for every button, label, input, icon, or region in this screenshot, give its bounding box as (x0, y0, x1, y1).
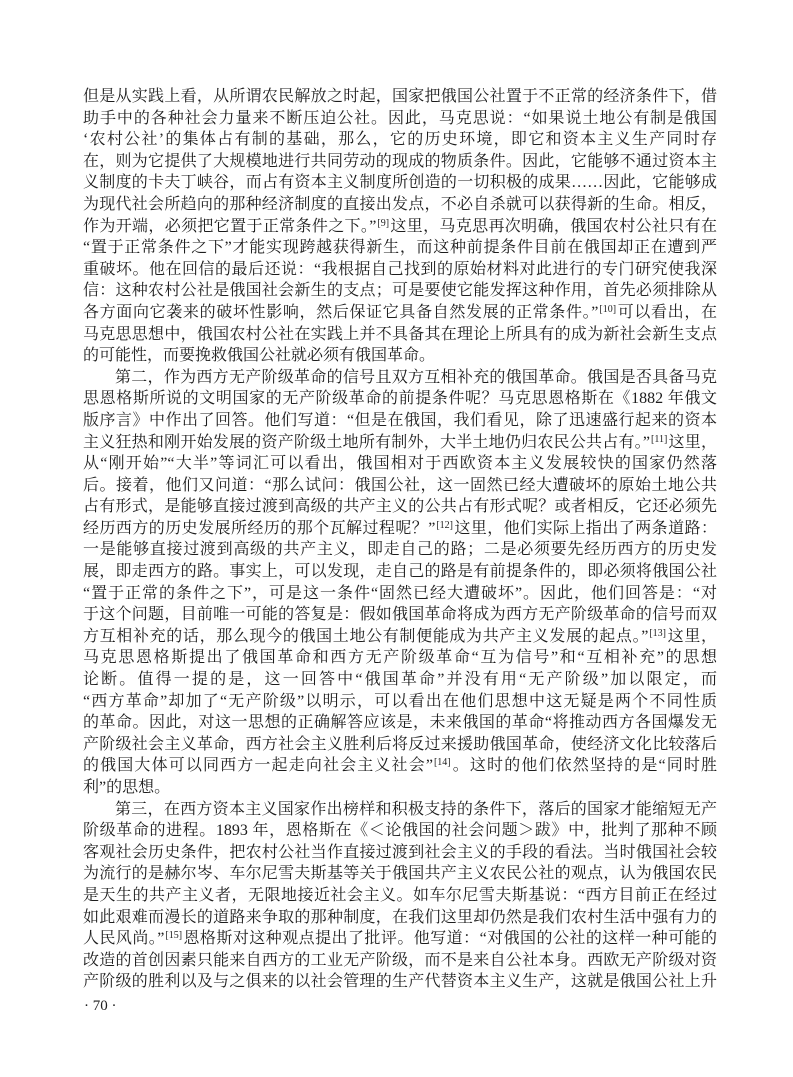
text-line: 占有形式，是能够直接过渡到高级的共产主义的公共占有形式呢？或者相反，它还必须先 (83, 496, 717, 518)
text-line: 信：这种农村公社是俄国社会新生的支点；可是要使它能发挥这种作用，首先必须排除从 (83, 280, 717, 302)
text-line: 如此艰难而漫长的道路来争取的那种制度，在我们这里却仍然是我们农村生活中强有力的 (83, 907, 717, 929)
text-line: 人民风尚。”[15]恩格斯对这种观点提出了批评。他写道：“对俄国的公社的这样一种… (83, 928, 717, 950)
text-line: 客观社会历史条件，把农村公社当作直接过渡到社会主义的手段的看法。当时俄国社会较 (83, 842, 717, 864)
footnote-ref: [13] (648, 628, 667, 639)
text-line: 马克思思想中，俄国农村公社在实践上并不具备其在理论上所具有的成为新社会新生支点 (83, 324, 717, 346)
text-line: 思恩格斯所说的文明国家的无产阶级革命的前提条件呢？马克思恩格斯在《1882 年俄… (83, 388, 717, 410)
text-line: 从“刚开始”“大半”等词汇可以看出，俄国相对于西欧资本主义发展较快的国家仍然落 (83, 453, 717, 475)
text-line: 但是从实践上看，从所谓农民解放之时起，国家把俄国公社置于不正常的经济条件下，借 (83, 86, 717, 108)
footnote-ref: [12] (435, 520, 454, 531)
text-line: 为流行的是赫尔岑、车尔尼雪夫斯基等关于俄国共产主义农民公社的观点，认为俄国农民 (83, 863, 717, 885)
document-page: 但是从实践上看，从所谓农民解放之时起，国家把俄国公社置于不正常的经济条件下，借助… (0, 0, 793, 1077)
footnote-ref: [15] (164, 930, 183, 941)
text-line: 主义狂热和刚开始发展的资产阶级土地所有制外，大半土地仍归农民公共占有。”[11]… (83, 432, 717, 454)
text-line: ‘农村公社’的集体占有制的基础，那么，它的历史环境，即它和资本主义生产同时存 (83, 129, 717, 151)
text-line: 为现代社会所趋向的那种经济制度的直接出发点，不必自杀就可以获得新的生命。相反， (83, 194, 717, 216)
text-line: 阶级革命的进程。1893 年，恩格斯在《＜论俄国的社会问题＞跋》中，批判了那种不… (83, 820, 717, 842)
text-line: 是天生的共产主义者，无限地接近社会主义。如车尔尼雪夫斯基说：“西方目前正在经过 (83, 885, 717, 907)
text-line: 作为开端，必须把它置于正常条件之下。”[9]这里，马克思再次明确，俄国农村公社只… (83, 216, 717, 238)
text-line: 产阶级社会主义革命，西方社会主义胜利后将反过来援助俄国革命，使经济文化比较落后 (83, 734, 717, 756)
article-body: 但是从实践上看，从所谓农民解放之时起，国家把俄国公社置于不正常的经济条件下，借助… (83, 86, 717, 993)
text-line: 版序言》中作出了回答。他们写道：“但是在俄国，我们看见，除了迅速盛行起来的资本 (83, 410, 717, 432)
footnote-ref: [9] (376, 218, 390, 229)
text-line: 义制度的卡夫丁峡谷，而占有资本主义制度所创造的一切积极的成果……因此，它能够成 (83, 172, 717, 194)
text-line: “置于正常的条件之下”，可是这一条件“固然已经大遭破坏”。因此，他们回答是：“对 (83, 583, 717, 605)
text-line: 助手中的各种社会力量来不断压迫公社。因此，马克思说：“如果说土地公有制是俄国 (83, 108, 717, 130)
text-line: 在，则为它提供了大规模地进行共同劳动的现成的物质条件。因此，它能够不通过资本主 (83, 151, 717, 173)
text-line: 的俄国大体可以同西方一起走向社会主义社会”[14]。这时的他们依然坚持的是“同时… (83, 755, 717, 777)
footnote-ref: [11] (650, 434, 668, 445)
text-line: 经历西方的历史发展所经历的那个瓦解过程呢？”[12]这里，他们实际上指出了两条道… (83, 518, 717, 540)
text-line: 展，即走西方的路。事实上，可以发现，走自己的路是有前提条件的，即必须将俄国公社 (83, 561, 717, 583)
text-line: “置于正常条件之下”才能实现跨越获得新生，而这种前提条件目前在俄国却正在遭到严 (83, 237, 717, 259)
text-line: 论断。值得一提的是，这一回答中“俄国革命”并没有用“无产阶级”加以限定，而 (83, 669, 717, 691)
text-line: “西方革命”却加了“无产阶级”以明示，可以看出在他们思想中这无疑是两个不同性质 (83, 691, 717, 713)
footnote-ref: [10] (598, 304, 617, 315)
text-line: 的可能性，而要挽救俄国公社就必须有俄国革命。 (83, 345, 717, 367)
page-number: · 70 · (84, 998, 117, 1014)
text-line: 改造的首创因素只能来自西方的工业无产阶级，而不是来自公社本身。西欧无产阶级对资 (83, 950, 717, 972)
text-line: 方互相补充的话，那么现今的俄国土地公有制便能成为共产主义发展的起点。”[13]这… (83, 626, 717, 648)
footnote-ref: [14] (433, 757, 452, 768)
text-line: 第二，作为西方无产阶级革命的信号且双方互相补充的俄国革命。俄国是否具备马克 (83, 367, 717, 389)
text-line: 一是能够直接过渡到高级的共产主义，即走自己的路；二是必须要先经历西方的历史发 (83, 539, 717, 561)
text-line: 各方面向它袭来的破坏性影响，然后保证它具备自然发展的正常条件。”[10]可以看出… (83, 302, 717, 324)
text-line: 第三，在西方资本主义国家作出榜样和积极支持的条件下，落后的国家才能缩短无产 (83, 799, 717, 821)
text-line: 产阶级的胜利以及与之俱来的以社会管理的生产代替资本主义生产，这就是俄国公社上升 (83, 971, 717, 993)
text-line: 重破坏。他在回信的最后还说：“我根据自己找到的原始材料对此进行的专门研究使我深 (83, 259, 717, 281)
text-line: 马克思恩格斯提出了俄国革命和西方无产阶级革命“互为信号”和“互相补充”的思想 (83, 647, 717, 669)
text-line: 利”的思想。 (83, 777, 717, 799)
text-line: 于这个问题，目前唯一可能的答复是：假如俄国革命将成为西方无产阶级革命的信号而双 (83, 604, 717, 626)
text-line: 的革命。因此，对这一思想的正确解答应该是，未来俄国的革命“将推动西方各国爆发无 (83, 712, 717, 734)
text-line: 后。接着，他们又问道：“那么试问：俄国公社，这一固然已经大遭破坏的原始土地公共 (83, 475, 717, 497)
